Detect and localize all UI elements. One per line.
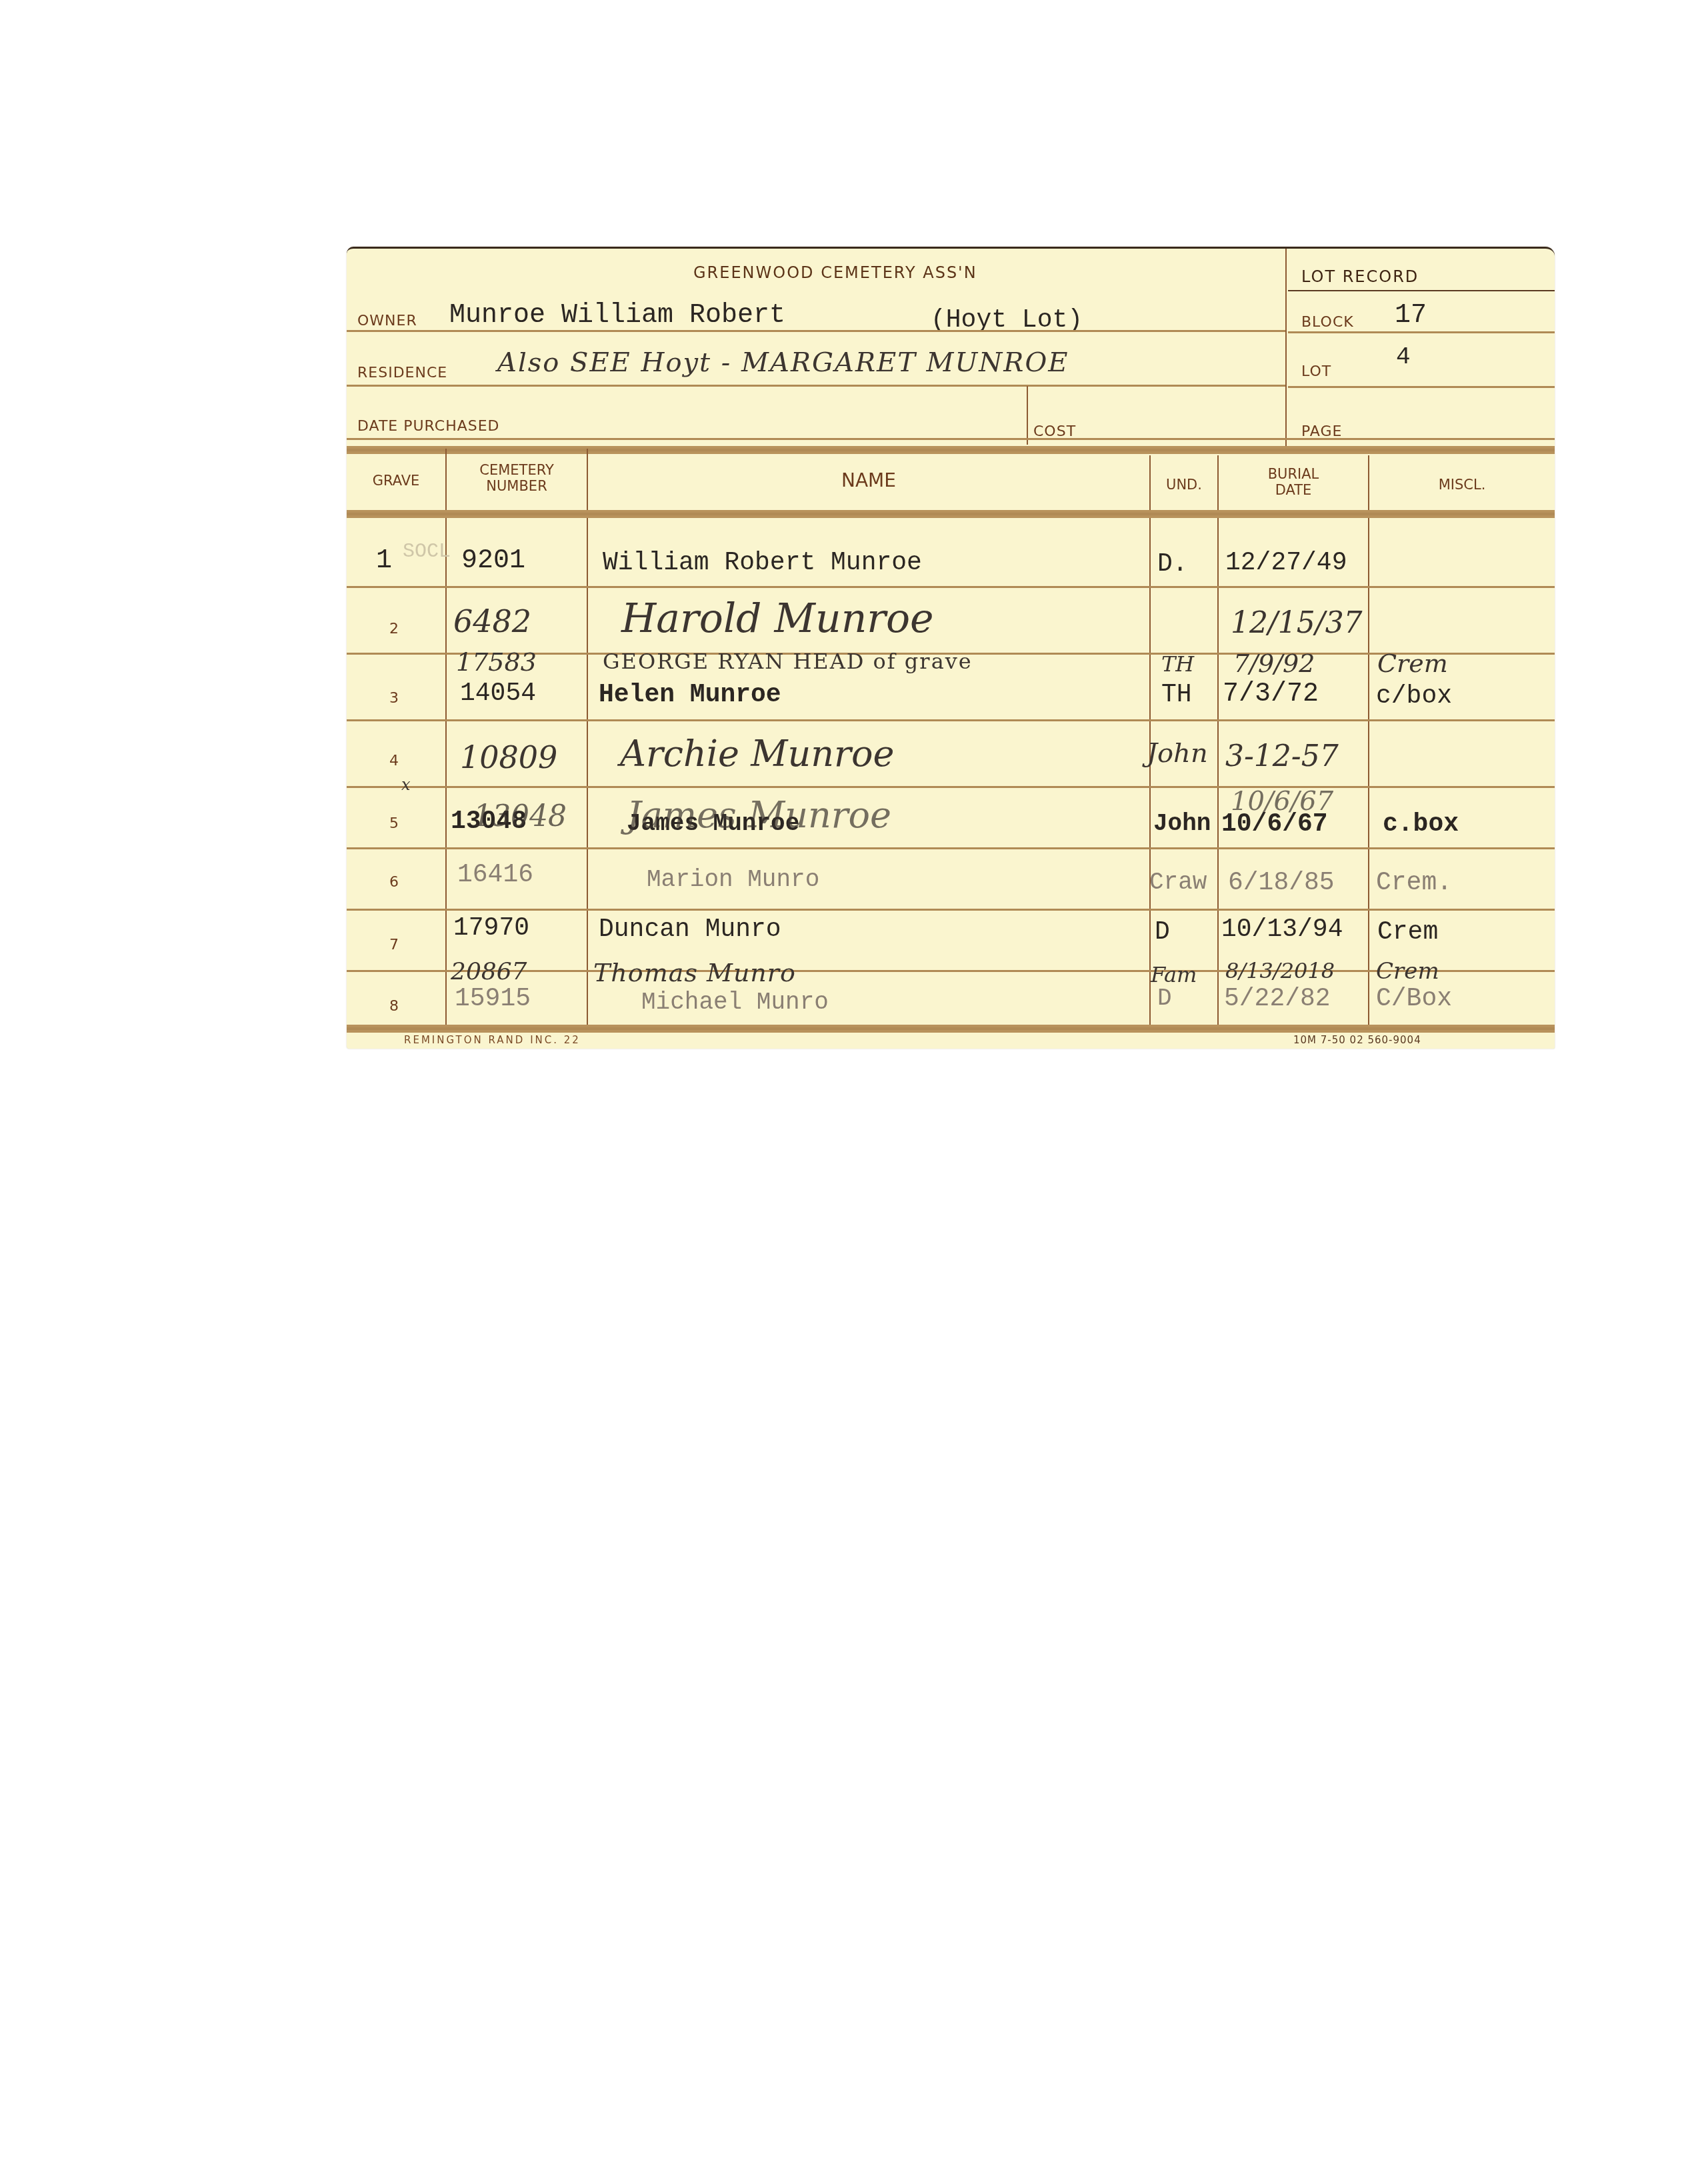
undertaker: D. [1157, 550, 1188, 579]
miscl: Crem [1377, 918, 1438, 947]
decedent-name: Marion Munro [647, 866, 819, 893]
column-divider-number [587, 449, 588, 1029]
burial-date: 5/22/82 [1224, 985, 1331, 1013]
extra-undertaker: TH [1161, 651, 1194, 677]
row-rule-4 [347, 786, 1555, 788]
decedent-name: Archie Munroe [620, 733, 894, 775]
cost-divider [1027, 386, 1028, 445]
burial-date: 3-12-57 [1225, 739, 1339, 773]
owner-rule [347, 330, 1285, 332]
grave-number: 8 [389, 998, 399, 1015]
burial-date: 12/15/37 [1231, 606, 1363, 640]
miscl: c/box [1376, 682, 1452, 711]
cemetery-number: 16416 [457, 861, 533, 889]
header-miscl: MISCL. [1369, 477, 1555, 493]
lot-value: 4 [1396, 343, 1411, 371]
header-cemetery-number: CEMETERY NUMBER [447, 462, 587, 494]
header-name: NAME [588, 473, 1149, 489]
table-bottom-rule [347, 1025, 1555, 1033]
decedent-name: Helen Munroe [599, 681, 781, 709]
grave-number: 4 [389, 753, 399, 769]
grave-number: 3 [389, 690, 399, 707]
extra-burial-date: 8/13/2018 [1225, 958, 1335, 983]
column-divider-grave [445, 449, 447, 1029]
header-burial-date: BURIAL DATE [1219, 466, 1368, 498]
decedent-name: Duncan Munro [599, 915, 781, 944]
printer-mark: REMINGTON RAND INC. 22 [404, 1034, 581, 1046]
lot-record-rule [1288, 290, 1555, 291]
form-number: 10M 7-50 02 560-9004 [1293, 1034, 1421, 1046]
row-rule-7 [347, 970, 1555, 972]
row-rule-1 [347, 586, 1555, 588]
grave-number: 2 [389, 621, 399, 637]
cemetery-number: 9201 [461, 546, 525, 576]
owner-label: OWNER [357, 313, 417, 329]
block-value: 17 [1395, 301, 1427, 331]
header-bottom-rule [347, 510, 1555, 518]
residence-rule [347, 385, 1285, 387]
burial-date: 10/13/94 [1221, 915, 1343, 944]
burial-date: 7/3/72 [1223, 679, 1319, 709]
block-label: BLOCK [1301, 314, 1354, 331]
date-purchased-label: DATE PURCHASED [357, 418, 500, 435]
decedent-name: Harold Munroe [621, 595, 934, 642]
overwrite-decedent-name: James Munroe [627, 794, 891, 836]
grave-number: 1 [376, 546, 392, 576]
miscl: C/Box [1376, 985, 1452, 1013]
grave-number: 6 [389, 874, 399, 891]
check-mark: x [401, 775, 411, 794]
undertaker: John [1153, 810, 1211, 837]
row-rule-6 [347, 909, 1555, 911]
table-top-rule [347, 446, 1555, 454]
grave-number: 7 [389, 937, 399, 953]
extra-miscl: Crem [1376, 958, 1439, 985]
cemetery-number: 14054 [460, 679, 536, 708]
undertaker: John [1147, 738, 1208, 769]
extra-decedent-name: GEORGE RYAN HEAD of grave [603, 649, 973, 674]
lot-record-card: GREENWOOD CEMETERY ASS'N LOT RECORD OWNE… [347, 247, 1555, 1049]
extra-burial-date: 7/9/92 [1233, 649, 1315, 678]
lot-record-title: LOT RECORD [1301, 267, 1419, 286]
row-rule-5 [347, 847, 1555, 849]
lot-record-divider [1285, 249, 1287, 449]
miscl: Crem. [1376, 869, 1452, 897]
header-burial-date-line1: BURIAL [1219, 466, 1368, 482]
extra-cemetery-number: 20867 [451, 958, 527, 985]
row-rule-3 [347, 719, 1555, 721]
association-title: GREENWOOD CEMETERY ASS'N [693, 263, 977, 282]
undertaker: Craw [1149, 869, 1207, 896]
header-und: UND. [1151, 477, 1217, 493]
extra-decedent-name: Thomas Munro [593, 958, 796, 987]
burial-date: 12/27/49 [1225, 549, 1347, 577]
extra-undertaker: Fam [1151, 962, 1197, 987]
undertaker: TH [1161, 681, 1192, 709]
undertaker: D [1155, 918, 1170, 947]
block-rule [1288, 331, 1555, 333]
grave-number: 5 [389, 815, 399, 832]
residence-label: RESIDENCE [357, 365, 447, 381]
cemetery-number: 15915 [455, 985, 531, 1013]
decedent-name: Michael Munro [641, 989, 829, 1016]
column-divider-date [1368, 455, 1369, 1029]
header-burial-date-line2: DATE [1219, 482, 1368, 498]
lot-rule [1288, 386, 1555, 388]
overwrite-burial-date: 10/6/67 [1231, 786, 1333, 817]
purchase-rule [347, 438, 1555, 440]
extra-miscl: Crem [1377, 649, 1448, 678]
decedent-name: William Robert Munroe [603, 549, 922, 577]
header-cemetery-number-line1: CEMETERY [447, 462, 587, 478]
faded-stamp: SOCL [403, 541, 451, 563]
miscl: c.box [1383, 810, 1459, 839]
cemetery-number: 10809 [460, 739, 557, 775]
extra-cemetery-number: 17583 [456, 647, 537, 677]
residence-value: Also SEE Hoyt - MARGARET MUNROE [497, 347, 1069, 378]
column-divider-und [1217, 455, 1219, 1029]
burial-date: 6/18/85 [1228, 869, 1335, 897]
overwrite-cemetery-number: 13048 [473, 799, 567, 833]
header-grave: GRAVE [347, 473, 445, 489]
cemetery-number: 17970 [453, 914, 529, 943]
lot-label: LOT [1301, 363, 1331, 380]
cemetery-number: 6482 [453, 603, 531, 639]
undertaker: D [1157, 985, 1172, 1012]
header-cemetery-number-line2: NUMBER [447, 478, 587, 494]
owner-value: Munroe William Robert [449, 301, 785, 331]
